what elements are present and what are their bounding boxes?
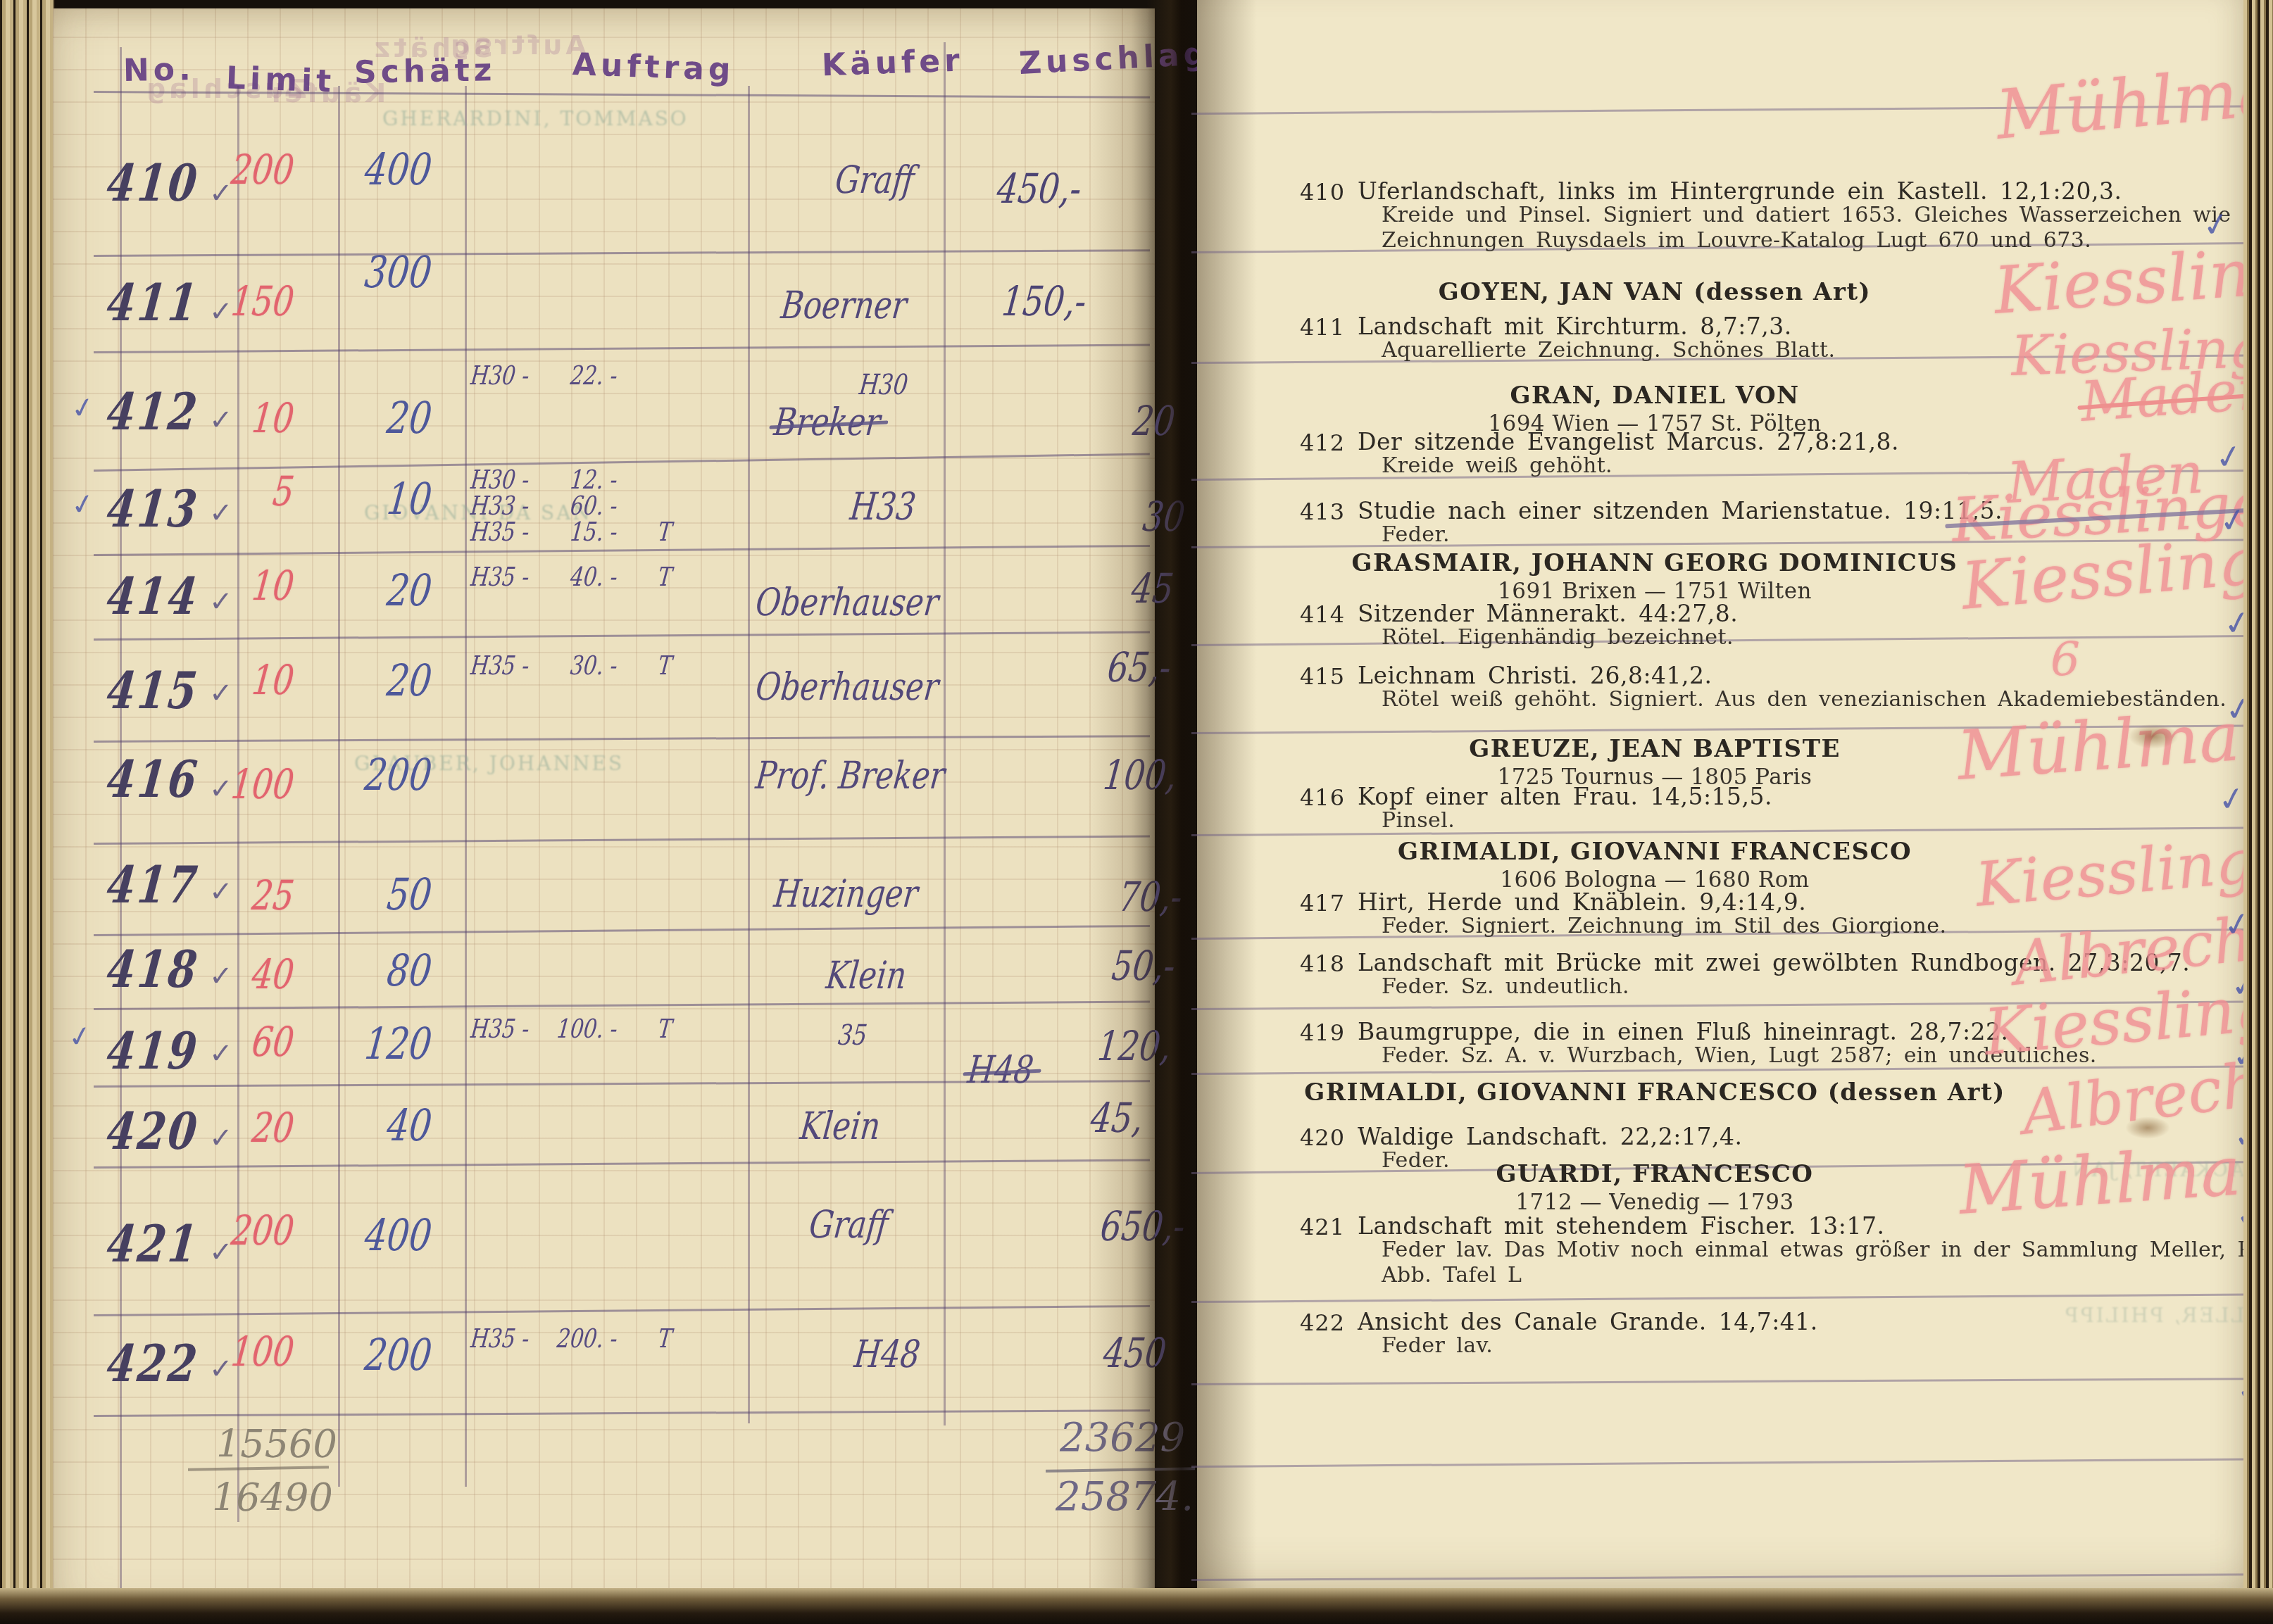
ledger-lot-number: 420 (104, 1101, 202, 1161)
entry-number: 417 (1282, 890, 1345, 917)
ruled-line (1191, 1294, 2248, 1303)
entry-number: 418 (1282, 950, 1345, 977)
stain (2128, 724, 2179, 749)
ruled-line (94, 344, 1150, 353)
ledger-lot-number: 418 (104, 939, 202, 999)
column-divider-line (748, 86, 750, 1423)
ledger-kaeufer-name: Oberhauser (753, 665, 941, 709)
page-edges-left (0, 0, 55, 1624)
entry-number: 410 (1282, 179, 1345, 206)
ledger-auftrag-amount: 40. - (542, 562, 619, 592)
ledger-auftrag-code: H35 - (469, 1323, 530, 1354)
entry-title: Landschaft mit stehendem Fischer. 13:17. (1358, 1212, 1884, 1240)
ledger-auftrag-suffix: T (656, 1014, 673, 1044)
artist-header: GRIMALDI, GIOVANNI FRANCESCO (dessen Art… (1197, 1078, 2112, 1107)
ledger-kaeufer-name: Prof. Breker (753, 753, 947, 798)
ruled-line (94, 631, 1150, 641)
ruled-line (94, 545, 1150, 556)
ledger-kaeufer-note: 35 (837, 1019, 869, 1052)
entry-description-line: Feder. Sz. undeutlich. (1382, 974, 1629, 1000)
ledger-auftrag-code: H35 - (469, 650, 530, 681)
page-fold-shadow (1197, 0, 1257, 1592)
ledger-auftrag-amount: 100. - (542, 1014, 619, 1044)
ledger-schaetz-value: 80 (350, 945, 434, 996)
ledger-auftrag-amount: 22. - (542, 360, 619, 391)
entry-description: Feder lav. (1382, 1333, 1493, 1359)
checkmark-icon: ✓ (68, 390, 97, 426)
ledger-limit-value: 10 (224, 562, 296, 610)
checkmark-icon: ✓ (2212, 436, 2246, 478)
ledger-schaetz-value: 20 (350, 655, 434, 706)
entry-title: Studie nach einer sitzenden Marienstatue… (1358, 497, 2003, 524)
ledger-page: ZuschlagKäuferSchätzAuftrag No.LimitSchä… (53, 8, 1155, 1592)
ledger-schaetz-value: 20 (350, 392, 434, 443)
ledger-auftrag-code: H35 - (469, 1014, 530, 1044)
margin-annotation-buyer-name: Kiesslinger (1973, 821, 2273, 921)
entry-description-line: Feder. Signiert. Zeichnung im Stil des G… (1382, 914, 1946, 939)
ledger-auftrag-code: H35 - (469, 517, 530, 547)
column-divider-line (465, 86, 467, 1487)
ledger-kaeufer-name: Huzinger (772, 871, 920, 916)
ledger-auftrag-amount: 30. - (542, 650, 619, 681)
entry-number: 413 (1282, 498, 1345, 525)
ledger-lot-number: 414 (104, 566, 202, 626)
ledger-zuschlag-value: 450,- (995, 165, 1084, 213)
ledger-kaeufer-note: H30 (858, 369, 909, 401)
ledger-auftrag-suffix: T (656, 517, 673, 547)
ruled-line (94, 1159, 1150, 1169)
ledger-lot-number: 422 (104, 1333, 202, 1393)
entry-description: Aquarellierte Zeichnung. Schönes Blatt. (1382, 338, 1835, 363)
artist-name: GRIMALDI, GIOVANNI FRANCESCO (dessen Art… (1197, 1078, 2112, 1107)
ledger-limit-value: 100 (224, 1328, 296, 1376)
ledger-kaeufer-name: Oberhauser (753, 580, 941, 624)
entry-title: Landschaft mit Kirchturm. 8,7:7,3. (1358, 313, 1792, 340)
entry-description: Kreide weiß gehöht. (1382, 453, 1613, 479)
ledger-auftrag-code: H35 - (469, 562, 530, 592)
ledger-lot-number: 421 (104, 1214, 202, 1273)
ruled-line (1191, 1573, 2248, 1581)
ledger-kaeufer-name: Klein (798, 1104, 882, 1148)
column-header-stamp: No. (123, 51, 196, 89)
entry-description: Feder. Sz. undeutlich. (1382, 974, 1629, 1000)
column-divider-line (944, 42, 946, 1425)
ledger-limit-value: 10 (224, 394, 296, 442)
entry-number: 416 (1282, 784, 1345, 811)
bleed-through-text: HALLER, PHILIPP (2063, 1304, 2273, 1327)
ruled-line (94, 249, 1150, 257)
ledger-kaeufer-name: H33 (848, 484, 918, 529)
entry-description-line: Pinsel. (1382, 808, 1455, 833)
entry-description: Feder. (1382, 522, 1450, 548)
ledger-auftrag-amount: 15. - (542, 517, 619, 547)
ledger-limit-value: 10 (224, 656, 296, 704)
ledger-kaeufer-name: Boerner (779, 283, 909, 327)
ruled-line (94, 925, 1150, 936)
page-fold-shadow (1088, 8, 1155, 1592)
ledger-limit-value: 25 (224, 871, 296, 919)
ledger-kaeufer-name: H48 (852, 1332, 922, 1376)
page-edges-bottom (0, 1588, 2273, 1624)
ledger-schaetz-value: 10 (350, 473, 434, 524)
entry-description: Rötel. Eigenhändig bezeichnet. (1382, 625, 1734, 650)
ledger-auftrag-code: H30 - (469, 360, 530, 391)
ledger-limit-value: 20 (224, 1104, 296, 1152)
ruled-line (94, 1305, 1150, 1316)
entry-description-line: Aquarellierte Zeichnung. Schönes Blatt. (1382, 338, 1835, 363)
entry-description-line: Feder lav. Das Motiv noch einmal etwas g… (1382, 1238, 2273, 1263)
entry-description-line: Feder lav. (1382, 1333, 1493, 1359)
entry-description-line: Kreide weiß gehöht. (1382, 453, 1613, 479)
total-line (188, 1466, 329, 1471)
entry-title: Sitzender Männerakt. 44:27,8. (1358, 600, 1738, 627)
ledger-lot-number: 411 (104, 272, 202, 332)
ledger-kaeufer-name: H48 (965, 1047, 1035, 1092)
entry-title: Der sitzende Evangelist Marcus. 27,8:21,… (1358, 428, 1899, 455)
entry-number: 421 (1282, 1214, 1345, 1240)
ledger-lot-number: 419 (104, 1021, 202, 1081)
bleed-through-text: GHERARDINI, TOMMASO (382, 107, 689, 130)
ledger-schaetz-value: 40 (350, 1100, 434, 1151)
checkmark-icon: ✓ (68, 486, 97, 522)
ledger-lot-number: 412 (104, 382, 202, 441)
ledger-schaetz-value: 200 (350, 749, 434, 800)
entry-title: Hirt, Herde und Knäblein. 9,4:14,9. (1358, 888, 1806, 916)
entry-description-line: Feder. (1382, 522, 1450, 548)
entry-description: Feder. Signiert. Zeichnung im Stil des G… (1382, 914, 1946, 939)
ledger-schaetz-value: 300 (350, 246, 434, 298)
entry-title: Ansicht des Canale Grande. 14,7:41. (1358, 1308, 1818, 1335)
page-edges-right (2243, 0, 2273, 1624)
ledger-limit-value: 200 (224, 1207, 296, 1254)
entry-title: Kopf einer alten Frau. 14,5:15,5. (1358, 783, 1772, 810)
ledger-limit-value: 100 (224, 760, 296, 808)
ledger-schaetz-value: 400 (350, 144, 434, 195)
ledger-zuschlag-value: 150,- (1000, 277, 1089, 325)
ledger-lot-number: 415 (104, 660, 202, 720)
entry-number: 415 (1282, 663, 1345, 690)
ledger-schaetz-value: 120 (350, 1018, 434, 1069)
ledger-kaeufer-name: Klein (824, 953, 908, 997)
ruled-line (1191, 1378, 2248, 1385)
margin-annotation-buyer-name: Mühlmann (1993, 44, 2273, 154)
limit-total: 16490 (212, 1475, 333, 1520)
ledger-limit-value: 60 (224, 1018, 296, 1066)
entry-description-line: Rötel. Eigenhändig bezeichnet. (1382, 625, 1734, 650)
entry-title: Baumgruppe, die in einen Fluß hineinragt… (1358, 1018, 2009, 1045)
ledger-schaetz-value: 200 (350, 1329, 434, 1380)
ledger-auftrag-suffix: T (656, 1323, 673, 1354)
ledger-kaeufer-name: Graff (833, 158, 916, 202)
ledger-auftrag-amount: 200. - (542, 1323, 619, 1354)
ledger-limit-value: 150 (224, 277, 296, 325)
margin-annotation-buyer-name: Mühlmann (1956, 1126, 2273, 1230)
entry-description: Pinsel. (1382, 808, 1455, 833)
ledger-schaetz-value: 50 (350, 869, 434, 920)
entry-title: Waldige Landschaft. 22,2:17,4. (1358, 1123, 1742, 1150)
entry-number: 422 (1282, 1309, 1345, 1336)
ledger-limit-value: 200 (224, 146, 296, 194)
checkmark-icon: ✓ (65, 1019, 94, 1055)
ledger-schaetz-value: 400 (350, 1209, 434, 1261)
artist-name: GRAN, DANIEL VON (1197, 382, 2112, 410)
ledger-auftrag-suffix: T (656, 562, 673, 592)
ruled-line (1191, 1459, 2248, 1468)
entry-title: Leichnam Christi. 26,8:41,2. (1358, 662, 1712, 689)
ledger-auftrag-suffix: T (656, 650, 673, 681)
entry-description: Feder lav. Das Motiv noch einmal etwas g… (1382, 1238, 2273, 1288)
margin-annotation-buyer-name: 6 (2050, 632, 2080, 686)
entry-description-line: Abb. Tafel L (1382, 1263, 2273, 1288)
ruled-line (94, 1409, 1150, 1417)
ruled-line (94, 836, 1150, 845)
catalog-page: HACKAERT, JANHALLER, PHILIPP 410 Uferlan… (1197, 0, 2245, 1592)
entry-title: Uferlandschaft, links im Hintergrunde ei… (1358, 177, 2122, 205)
book-spread: ZuschlagKäuferSchätzAuftrag No.LimitSchä… (0, 0, 2273, 1624)
ledger-kaeufer-name: Breker (772, 400, 882, 444)
ruled-line (94, 735, 1150, 743)
entry-number: 414 (1282, 601, 1345, 628)
column-divider-line (338, 86, 340, 1487)
ledger-lot-number: 413 (104, 479, 202, 539)
ledger-lot-number: 416 (104, 749, 202, 809)
column-header-stamp: Schätz (354, 52, 496, 91)
entry-number: 412 (1282, 429, 1345, 456)
ledger-limit-value: 5 (224, 467, 296, 515)
ruled-line (94, 1001, 1150, 1010)
ruled-line (1191, 827, 2248, 836)
ledger-lot-number: 410 (104, 153, 202, 213)
entry-number: 419 (1282, 1019, 1345, 1046)
entry-description-line: Kreide und Pinsel. Signiert und datiert … (1382, 203, 2273, 228)
stain (2125, 1116, 2170, 1139)
entry-number: 420 (1282, 1124, 1345, 1151)
ledger-lot-number: 417 (104, 855, 202, 914)
column-header-stamp: Auftrag (572, 46, 735, 88)
artist-header: GOYEN, JAN VAN (dessen Art) (1197, 278, 2112, 306)
entry-number: 411 (1282, 314, 1345, 341)
artist-name: GOYEN, JAN VAN (dessen Art) (1197, 278, 2112, 306)
ledger-limit-value: 40 (224, 950, 296, 998)
limit-subtotal: 15560 (216, 1422, 337, 1466)
ledger-schaetz-value: 20 (350, 565, 434, 616)
ledger-kaeufer-name: Graff (807, 1202, 890, 1247)
